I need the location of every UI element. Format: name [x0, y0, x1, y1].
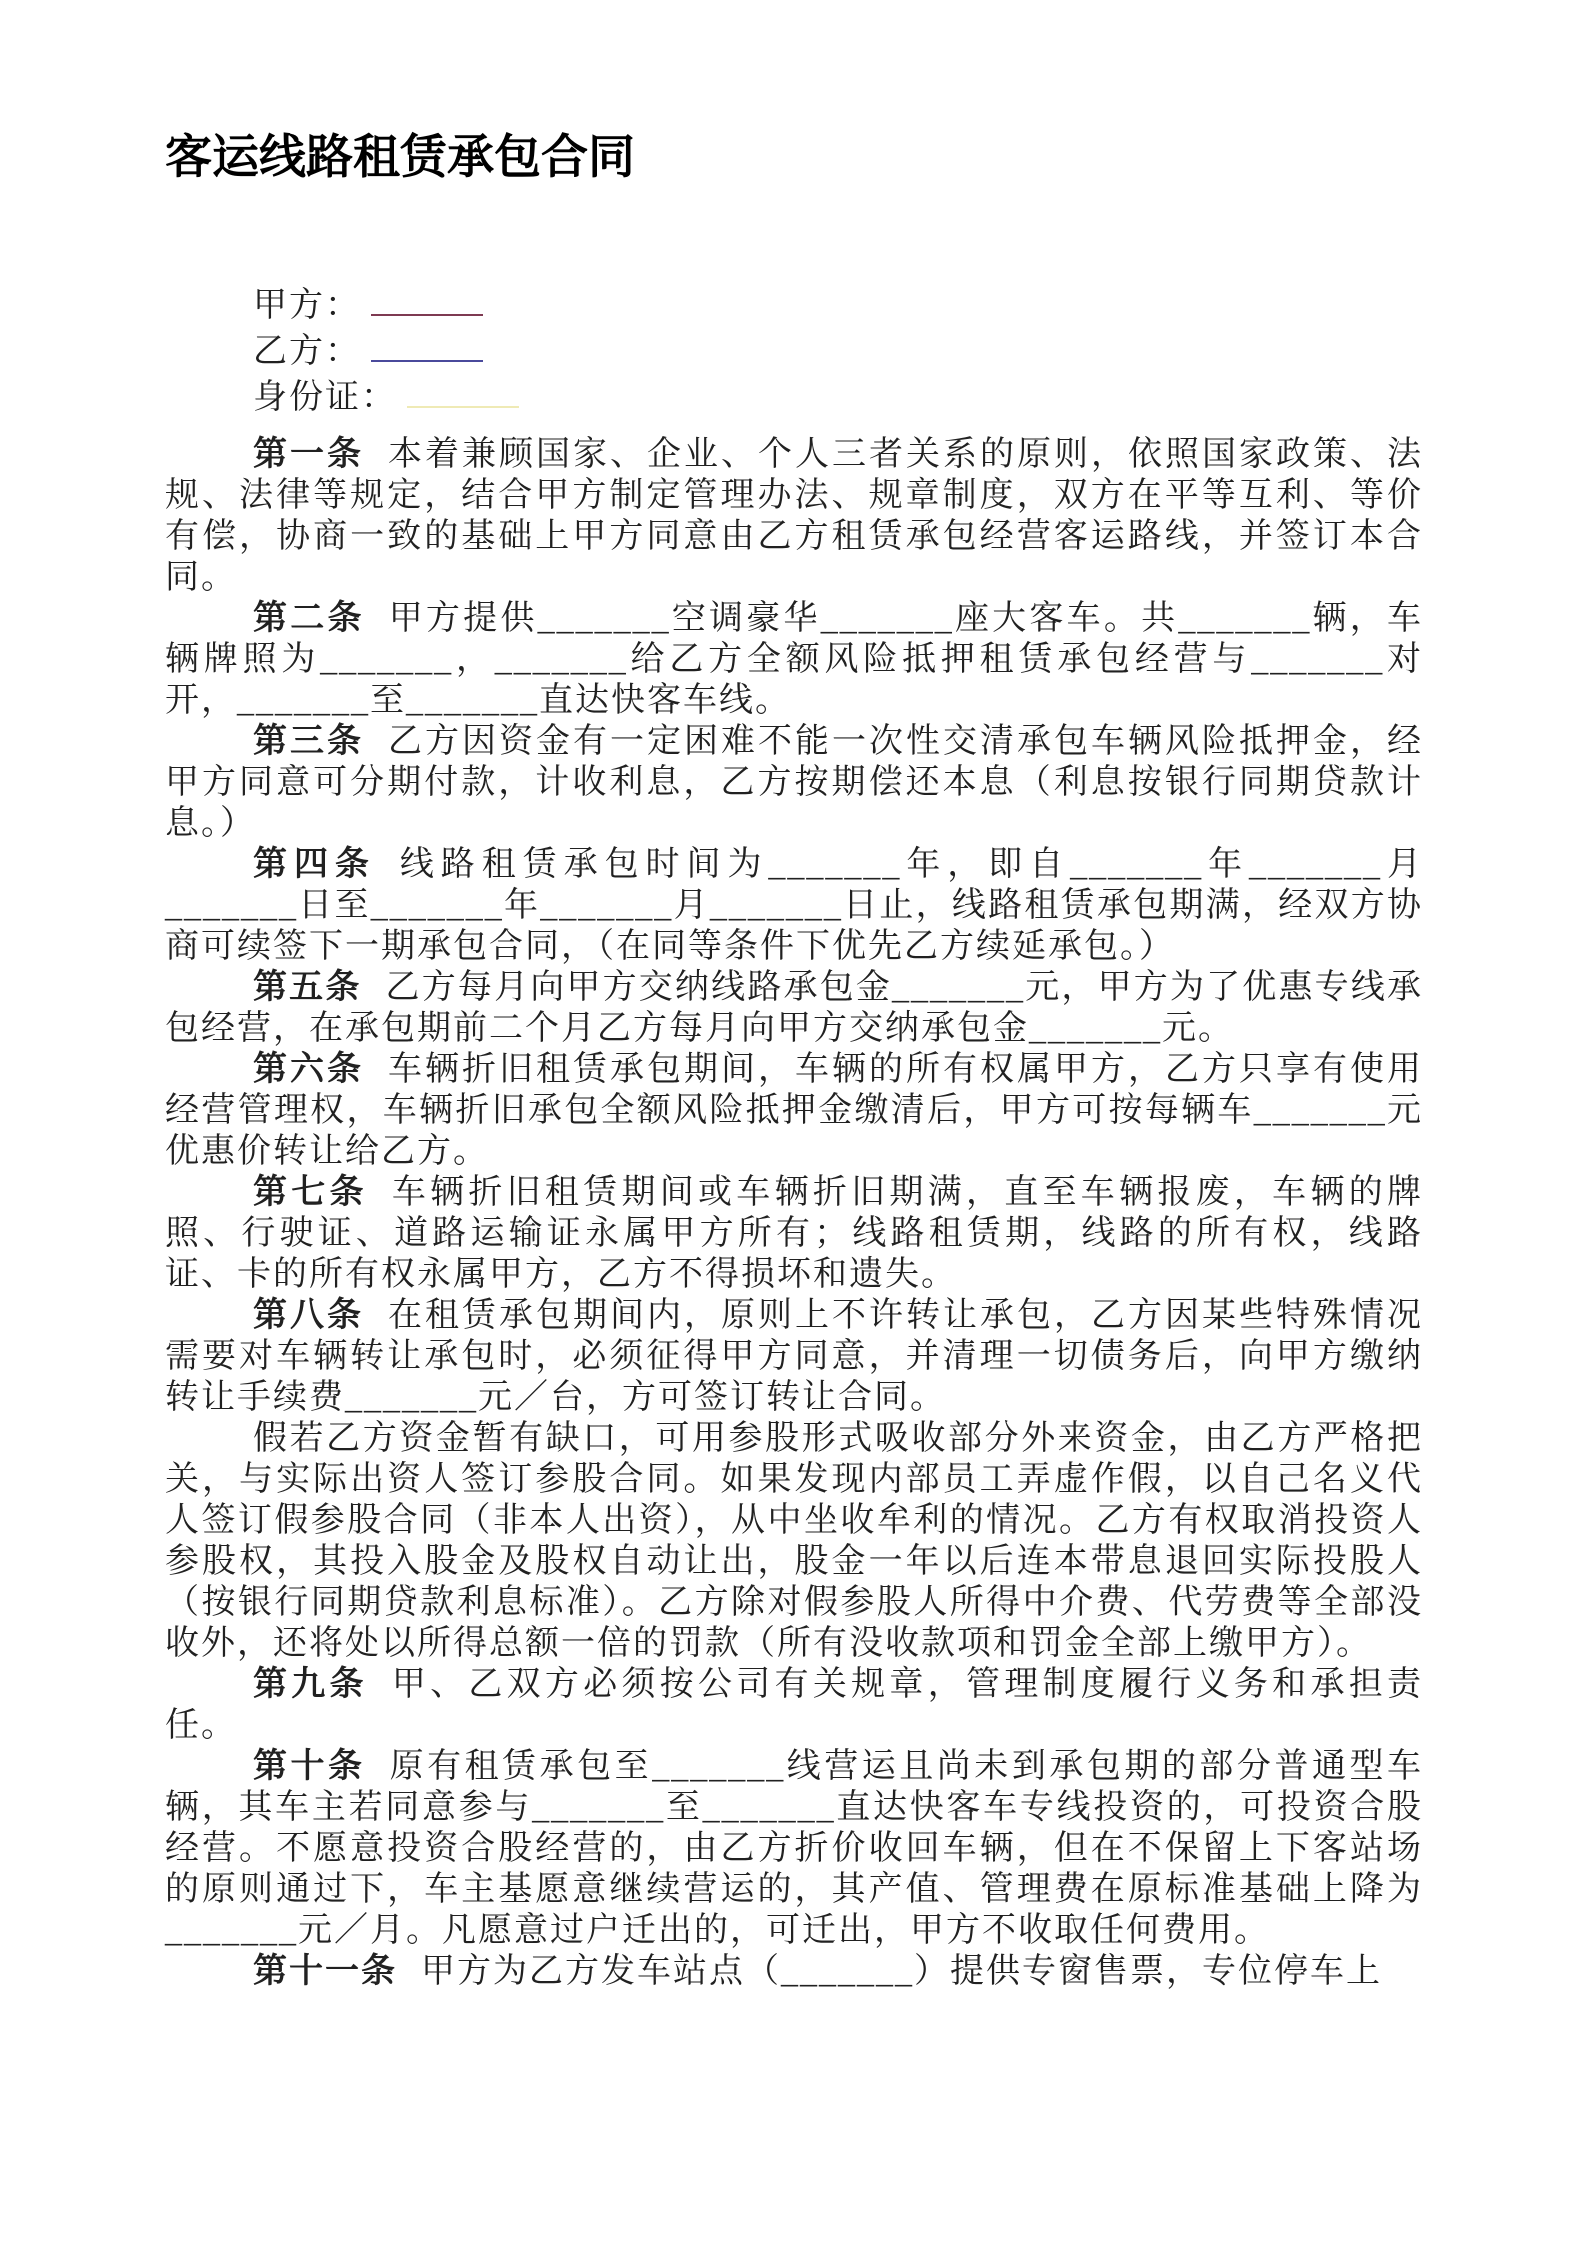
article-number: 第十一条 [253, 1953, 397, 1990]
article-paragraph-2: 第二条甲方提供_______空调豪华_______座大客车。共_______辆，… [165, 598, 1423, 721]
article-paragraph-3: 第三条乙方因资金有一定困难不能一次性交清承包车辆风险抵押金，经甲方同意可分期付款… [165, 721, 1423, 844]
article-number: 第三条 [253, 723, 364, 760]
article-number: 第一条 [253, 436, 364, 473]
article-paragraph-1: 第一条本着兼顾国家、企业、个人三者关系的原则，依照国家政策、法规、法律等规定，结… [165, 434, 1423, 598]
articles-block: 第一条本着兼顾国家、企业、个人三者关系的原则，依照国家政策、法规、法律等规定，结… [165, 434, 1423, 1992]
party-line-jiafang: 甲方： [253, 282, 1423, 328]
article-paragraph-7: 第七条车辆折旧租赁期间或车辆折旧期满，直至车辆报废，车辆的牌照、行驶证、道路运输… [165, 1172, 1423, 1295]
party-blank-field [371, 328, 483, 362]
party-label: 乙方： [253, 333, 361, 370]
article-text: 甲方为乙方发车站点（_______）提供专窗售票，专位停车上 [421, 1953, 1382, 1990]
article-paragraph-8: 第八条在租赁承包期间内，原则上不许转让承包，乙方因某些特殊情况需要对车辆转让承包… [165, 1295, 1423, 1418]
plain-paragraph-shares: 假若乙方资金暂有缺口，可用参股形式吸收部分外来资金，由乙方严格把关，与实际出资人… [165, 1418, 1423, 1664]
parties-block: 甲方： 乙方： 身份证： [253, 282, 1423, 420]
party-blank-field [407, 374, 519, 408]
article-paragraph-4: 第四条线路租赁承包时间为_______年，即自_______年_______月_… [165, 844, 1423, 967]
article-number: 第五条 [253, 969, 362, 1006]
article-number: 第六条 [253, 1051, 364, 1088]
article-number: 第二条 [253, 600, 365, 637]
party-label: 甲方： [253, 287, 361, 324]
article-text: 假若乙方资金暂有缺口，可用参股形式吸收部分外来资金，由乙方严格把关，与实际出资人… [165, 1420, 1423, 1662]
party-line-shenfenzheng: 身份证： [253, 374, 1423, 420]
article-paragraph-9: 第九条甲、乙双方必须按公司有关规章，管理制度履行义务和承担责任。 [165, 1664, 1423, 1746]
party-label: 身份证： [253, 379, 397, 416]
article-number: 第七条 [253, 1174, 368, 1211]
article-number: 第四条 [253, 846, 376, 883]
article-paragraph-5: 第五条乙方每月向甲方交纳线路承包金_______元，甲方为了优惠专线承包经营，在… [165, 967, 1423, 1049]
party-line-yifang: 乙方： [253, 328, 1423, 374]
article-number: 第九条 [253, 1666, 368, 1703]
party-blank-field [371, 282, 483, 316]
article-paragraph-6: 第六条车辆折旧租赁承包期间，车辆的所有权属甲方，乙方只享有使用经营管理权，车辆折… [165, 1049, 1423, 1172]
article-paragraph-10: 第十条原有租赁承包至_______线营运且尚未到承包期的部分普通型车辆，其车主若… [165, 1746, 1423, 1951]
contract-page: 客运线路租赁承包合同 甲方： 乙方： 身份证： 第一条本着兼顾国家、企业、个人三… [0, 0, 1586, 2244]
article-number: 第十条 [253, 1748, 366, 1785]
page-title: 客运线路租赁承包合同 [165, 130, 1423, 186]
article-paragraph-11: 第十一条甲方为乙方发车站点（_______）提供专窗售票，专位停车上 [165, 1951, 1423, 1992]
article-number: 第八条 [253, 1297, 364, 1334]
